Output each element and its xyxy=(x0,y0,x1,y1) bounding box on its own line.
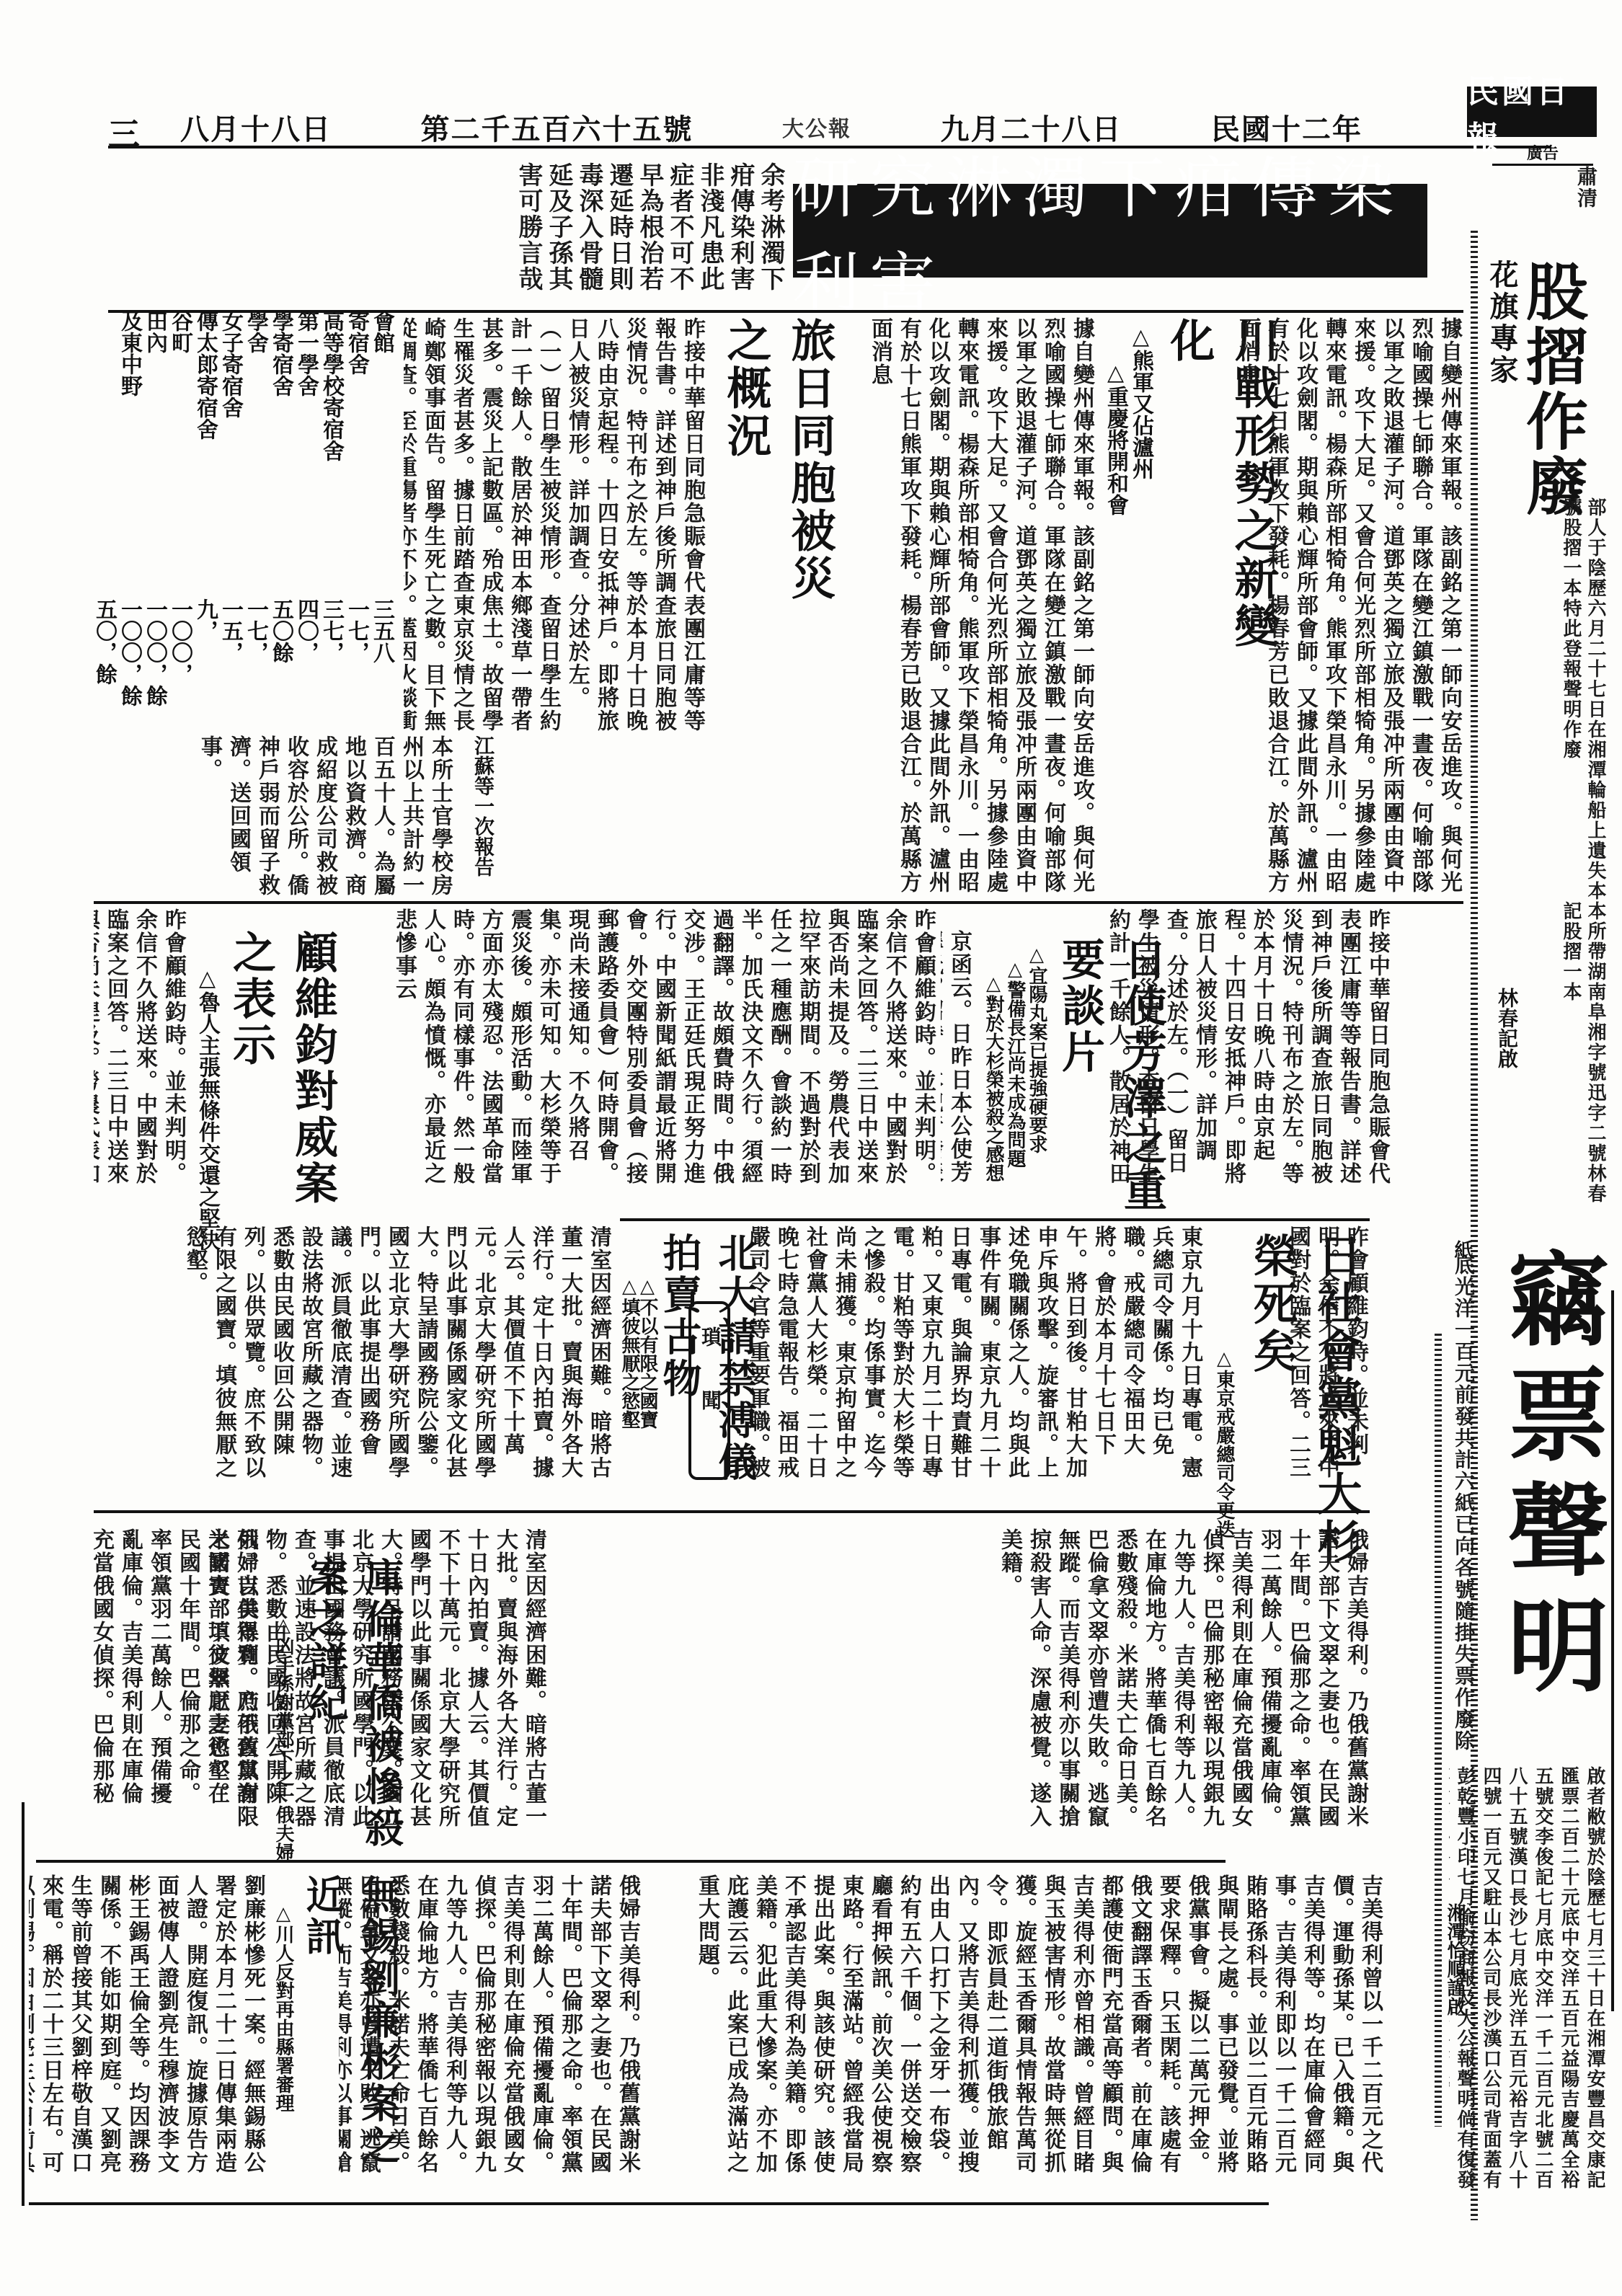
article-subtitle: △川人反對再由縣署審理 xyxy=(270,1903,297,2112)
article-body-kulun-cont: 俄婦吉美得利。乃俄舊黨謝米諾夫部下文翠之妻也。在民國十年間。巴倫那之命。率領黨羽… xyxy=(829,1528,1370,1845)
banner-ad-body: 余考淋濁下疳傳染利害非淺凡患此症者不可不早為根治若遷延時日則毒深入骨髓延及子孫其… xyxy=(115,162,786,310)
ad-title-stolen-drafts: 竊票聲明 xyxy=(1478,1247,1622,1752)
dormitory-table: 會館 寄宿舍 高等學校寄宿舍 第一學舍 學寄宿舍 學舍 女子寄宿舍 傳太郎寄宿舍… xyxy=(94,310,396,714)
article-body-kulun: 俄婦吉美得利。乃俄舊黨謝米諾夫部下文翠之妻也。在民國十年間。巴倫那之命。率領黨羽… xyxy=(94,1528,260,1817)
article-body-peking-univ: 清室因經濟困難。暗將古董一大批。賣與海外各大洋行。定十日內拍賣。據人云。其價值不… xyxy=(94,1225,613,1499)
article-subtitle: △對於大杉榮被殺之感想 xyxy=(980,973,1007,1182)
article-body-japan-quake: 昨接中華留日同胞急賑會代表團江庸等等報告書。詳述到神戶後所調查旅日同胞被災情況。… xyxy=(404,317,706,735)
border-right xyxy=(1611,1290,1614,2011)
article-body-jiangsu: 本所士官學校房州以上共計約一百五十人。為屬地以資救濟。商成紹度公司救被收容於公所… xyxy=(94,735,454,901)
article-body-koo-cont: 昨會顧維鈞時。並未判明。余信不久將送來。中國對於臨案之回答。二三日中送來與否尚未… xyxy=(94,908,187,1197)
article-body-koo: 昨會顧維鈞時。並未判明。余信不久將送來。中國對於臨案之回答。二三日中送來與否尚未… xyxy=(274,908,937,1197)
right-ad-signature: 林春記啟 xyxy=(1492,988,1521,1068)
bottom-border xyxy=(29,2202,1269,2205)
dorm-count: 五〇，餘 xyxy=(89,598,119,685)
ad-side-text: 底光洋一百元前發共計六紙已向各號隨掛失票作廢除向長潭官廳立案外 xyxy=(1449,1254,1478,1759)
divider xyxy=(94,1510,1370,1513)
article-body-intro: 據自變州傳來軍報。該副銘之第一師向安岳進攻。與何光烈喻國操七師聯合。軍隊在變江鎮… xyxy=(1218,317,1463,894)
article-body-russian: 吉美得利曾以一千二百元之代價。運動孫某。已入俄籍。與吉美得利等。均在庫倫會經同事… xyxy=(649,1874,1384,2191)
article-body-koo-tail: 昨會顧維鈞時。並未判明。余信不久將送來。中國對於臨案之回答。二三日中送來與否尚未… xyxy=(1290,1225,1370,1499)
column-border xyxy=(1435,1334,1442,2127)
issue-number: 第二千五百六十五號 xyxy=(421,107,693,148)
article-subtitle: △凶手係謝黨部下之一俄夫婦 xyxy=(270,1615,297,1861)
newspaper-page: 三 民國十二年 九月二十八日 大公報 第二千五百六十五號 八月十八日 民國日報 … xyxy=(0,0,1622,2296)
dorm-row: 及東中野 xyxy=(114,310,144,526)
article-body-wuxi: 劉廉彬慘死一案。經無錫縣公署定於本月二十二日傳集兩造人證。開庭復訊。旋據原告方面… xyxy=(29,1874,267,2191)
article-body-misc: 昨接中華留日同胞急賑會代表團江庸等等報告書。詳述到神戶後所調查旅日同胞被災情況。… xyxy=(1103,908,1391,1197)
divider xyxy=(620,1218,1370,1221)
divider xyxy=(36,1860,1226,1863)
column-label: 瑣聞 xyxy=(696,1326,724,1453)
article-title-jiangsu: 江蘇等一次報告 xyxy=(469,735,497,877)
article-body-osugi: 東京九月十九日專電。憲兵總司令關係。均已免職。戒嚴總司令福田大將。會於本月十七日… xyxy=(743,1225,1204,1499)
brand-logo: 民國日報 xyxy=(1467,87,1597,137)
divider xyxy=(94,901,1463,904)
right-ad-note: 部人于陰歷六月二十七日在湘潭輪船上遺失本號股摺一本特此登報聲明作廢 xyxy=(1478,497,1608,901)
banner-ad-title-text: 研究淋濁下疳傳染利害 xyxy=(793,136,1427,326)
date-issue: 八月十八日 xyxy=(180,107,332,148)
article-subtitle: △填彼無厭之慾壑 xyxy=(616,1276,643,1429)
article-title-kulun: 庫倫華僑被慘殺案之詳紀 xyxy=(299,1557,410,1867)
brand-subtitle: 廣告 xyxy=(1492,141,1593,166)
article-body-wuxi-intro: 俄婦吉美得利。乃俄舊黨謝米諾夫部下文翠之妻也。在民國十年間。巴倫那之命。率領黨羽… xyxy=(339,1874,642,2191)
banner-ad-title: 研究淋濁下疳傳染利害 xyxy=(793,184,1427,278)
border-left xyxy=(22,1802,25,2206)
article-title-japan-quake: 旅日同胞被災之概況 xyxy=(714,317,842,620)
ad-side-note: 紙 xyxy=(1449,1240,1476,1259)
ad-signature: 湘潭怡順謹啟 xyxy=(1442,1903,1468,2016)
right-ad-side-label: 花旗專家 xyxy=(1481,260,1523,433)
ad-body-stolen-drafts: 啟者敝號於陰歷七月三十日在湘潭安豐昌交康記匯票二百二十元底中交洋五百元益陽吉慶萬… xyxy=(1449,1766,1608,2199)
article-subtitle: △魯人主張無條件交還之堅決 xyxy=(191,966,223,1251)
article-subtitle: △重慶將開和會 xyxy=(1099,360,1131,515)
article-body-yoshizawa: 京函云。日昨日本公使芳澤氏。招待日本記者發表左記之談話。 xyxy=(941,930,973,1197)
